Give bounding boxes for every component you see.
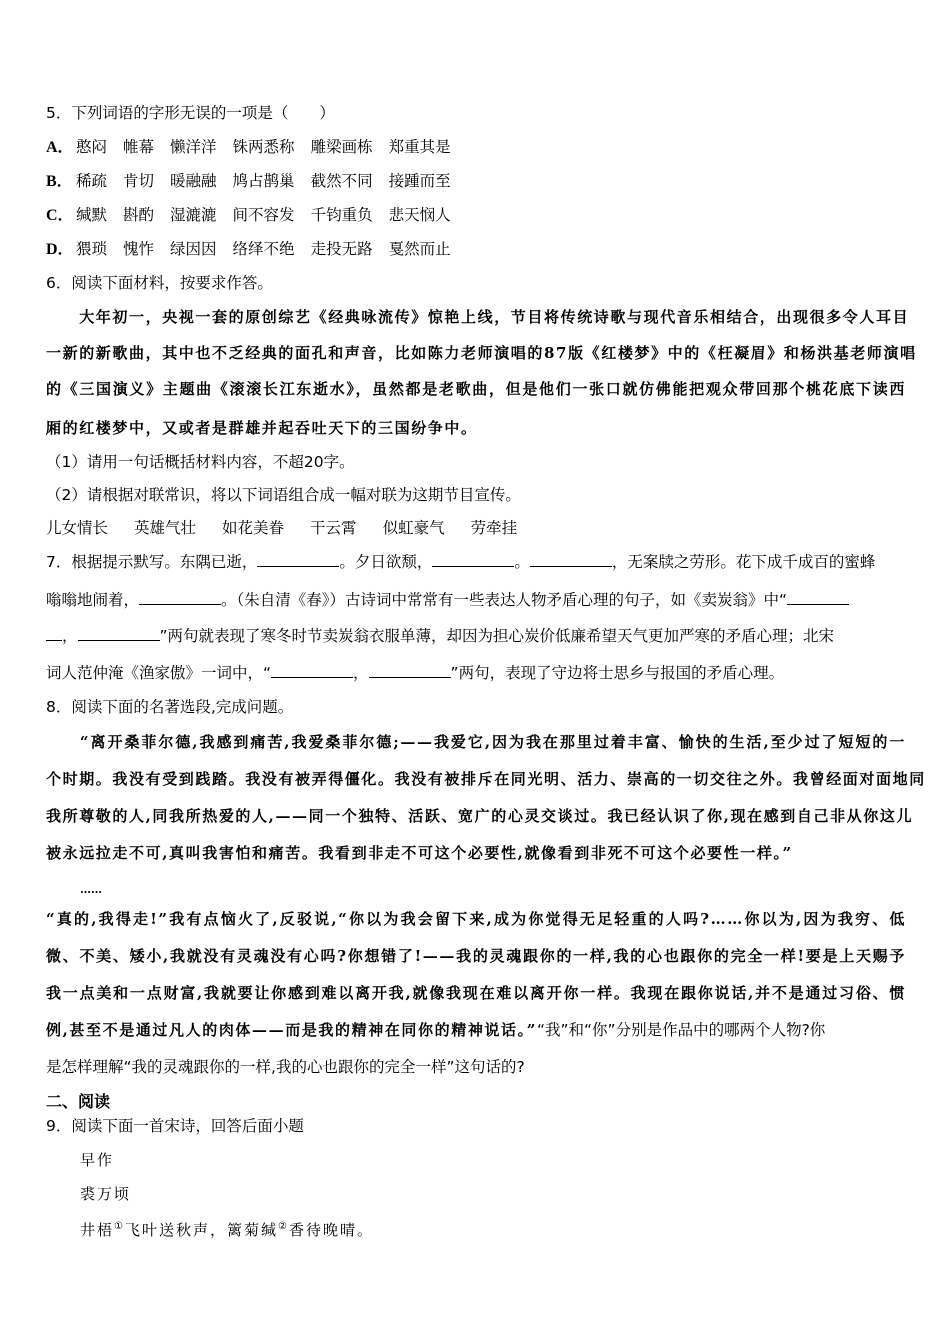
option-word: 愧怍	[123, 239, 154, 259]
q7-text: 。	[514, 553, 530, 571]
option-word: 截然不同	[311, 171, 373, 191]
q7-line: 7．根据提示默写。东隅已逝，。夕日欲颓，。，无案牍之劳形。花下成千成百的蜜蜂	[46, 552, 906, 572]
option-word: 雕梁画栋	[311, 137, 373, 157]
footnote-marker: ①	[114, 1221, 125, 1232]
couplet-word: 英雄气壮	[134, 518, 196, 538]
option-word: 斟酌	[123, 205, 154, 225]
option-letter: A．	[46, 138, 76, 158]
answer-blank[interactable]	[257, 552, 339, 567]
q7-text: ，	[62, 627, 78, 645]
option-word: 千钧重负	[311, 205, 373, 225]
q6-sub1: （1）请用一句话概括材料内容，不超20字。	[46, 452, 906, 472]
q8-stem: 8．阅读下面的名著选段,完成问题。	[46, 697, 906, 717]
q8-passage-line: 个时期。我没有受到践踏。我没有被弄得僵化。我没有被排斥在同光明、活力、崇高的一切…	[46, 769, 906, 789]
option-word: 绿因因	[170, 239, 217, 259]
answer-blank[interactable]	[432, 552, 514, 567]
answer-blank[interactable]	[271, 663, 353, 678]
option-word: 接踵而至	[389, 171, 451, 191]
poem-text: 飞叶送秋声，篱菊缄	[125, 1221, 278, 1239]
section-heading: 二、阅读	[46, 1092, 906, 1112]
q8-passage-line: 我一点美和一点财富,我就要让你感到难以离开我,就像我现在难以离开你一样。我现在跟…	[46, 983, 906, 1003]
option-word: 络绎不绝	[233, 239, 295, 259]
q8-passage-line: 微、不美、矮小,我就没有灵魂没有心吗?你想错了!——我的灵魂跟你的一样,我的心也…	[46, 946, 906, 966]
option-letter: D．	[46, 240, 76, 260]
answer-blank[interactable]	[78, 626, 160, 641]
option-word: 郑重其是	[389, 137, 451, 157]
option-word: 湿漉漉	[170, 205, 217, 225]
q6-stem: 6．阅读下面材料，按要求作答。	[46, 273, 906, 293]
option-word: 缄默	[76, 205, 107, 225]
q8-passage-line: 被永远拉走不可,真叫我害怕和痛苦。我看到非走不可这个必要性,就像看到非死不可这个…	[46, 843, 906, 863]
q7-text: 。（朱自清《春》）古诗词中常常有一些表达人物矛盾心理的句子，如《卖炭翁》中“	[221, 591, 787, 609]
q8-passage-line: “离开桑菲尔德,我感到痛苦,我爱桑菲尔德;——我爱它,因为我在那里过着丰富、愉快…	[46, 732, 906, 752]
q5-stem: 5．下列词语的字形无误的一项是（ ）	[46, 103, 906, 123]
poem-author: 裘万顷	[80, 1184, 940, 1204]
q7-line: 词人范仲淹《渔家傲》一词中，“，”两句，表现了守边将士思乡与报国的矛盾心理。	[46, 663, 906, 683]
couplet-word: 劳牵挂	[471, 518, 518, 538]
q6-passage-line: 大年初一，央视一套的原创综艺《经典咏流传》惊艳上线，节目将传统诗歌与现代音乐相结…	[46, 307, 906, 327]
q7-text: ，	[353, 664, 369, 682]
q7-text: ，无案牍之劳形。花下成千成百的蜜蜂	[612, 553, 876, 571]
q7-text: ”两句就表现了寒冬时节卖炭翁衣服单薄，却因为担心炭价低廉希望天气更加严寒的矛盾心…	[160, 627, 835, 645]
q7-text: 词人范仲淹《渔家傲》一词中，“	[46, 664, 271, 682]
q8-question: “我”和“你”分别是作品中的哪两个人物?你	[537, 1021, 825, 1039]
poem-text: 井梧	[80, 1221, 114, 1239]
option-letter: C．	[46, 206, 76, 226]
q7-text: 。夕日欲颓，	[339, 553, 432, 571]
option-word: 懒洋洋	[170, 137, 217, 157]
q5-option-a: A．憨闷帷幕懒洋洋铢两悉称雕梁画栋郑重其是	[46, 137, 906, 158]
option-word: 稀疏	[76, 171, 107, 191]
q6-passage-line: 一新的新歌曲，其中也不乏经典的面孔和声音，比如陈力老师演唱的87版《红楼梦》中的…	[46, 343, 906, 363]
document-page: 5．下列词语的字形无误的一项是（ ） A．憨闷帷幕懒洋洋铢两悉称雕梁画栋郑重其是…	[0, 0, 950, 1344]
q8-ellipsis: ……	[80, 880, 940, 900]
option-word: 铢两悉称	[233, 137, 295, 157]
option-letter: B．	[46, 172, 76, 192]
q7-line: ，”两句就表现了寒冬时节卖炭翁衣服单薄，却因为担心炭价低廉希望天气更加严寒的矛盾…	[46, 626, 906, 646]
couplet-word: 如花美眷	[222, 518, 284, 538]
option-word: 戛然而止	[389, 239, 451, 259]
couplet-word: 似虹豪气	[383, 518, 445, 538]
footnote-marker: ②	[278, 1221, 289, 1232]
q8-passage-line: 我所尊敬的人,同我所热爱的人,——同一个独特、活跃、宽广的心灵交谈过。我已经认识…	[46, 806, 906, 826]
answer-blank[interactable]	[787, 590, 849, 605]
q7-text: 嗡嗡地闹着，	[46, 591, 139, 609]
q5-option-c: C．缄默斟酌湿漉漉间不容发千钧重负悲天悯人	[46, 205, 906, 226]
q5-option-d: D．猥琐愧怍绿因因络绎不绝走投无路戛然而止	[46, 239, 906, 260]
answer-blank[interactable]	[139, 590, 221, 605]
answer-blank[interactable]	[369, 663, 451, 678]
poem-text: 香待晚晴。	[289, 1221, 374, 1239]
q6-sub2: （2）请根据对联常识，将以下词语组合成一幅对联为这期节目宣传。	[46, 485, 906, 505]
option-word: 悲天悯人	[389, 205, 451, 225]
q7-text: 7．根据提示默写。东隅已逝，	[46, 553, 257, 571]
q7-line: 嗡嗡地闹着，。（朱自清《春》）古诗词中常常有一些表达人物矛盾心理的句子，如《卖炭…	[46, 590, 906, 610]
q8-passage-end: 例,甚至不是通过凡人的肉体——而是我的精神在同你的精神说话。”	[46, 1021, 537, 1039]
q5-option-b: B．稀疏肯切暖融融鸠占鹊巢截然不同接踵而至	[46, 171, 906, 192]
couplet-word: 儿女情长	[46, 518, 108, 538]
option-word: 猥琐	[76, 239, 107, 259]
answer-blank[interactable]	[530, 552, 612, 567]
option-word: 憨闷	[76, 137, 107, 157]
q9-stem: 9．阅读下面一首宋诗，回答后面小题	[46, 1116, 906, 1136]
q6-word-list: 儿女情长英雄气壮如花美眷干云霄似虹豪气劳牵挂	[46, 518, 906, 538]
q8-passage-line: “真的,我得走!”我有点恼火了,反驳说,“你以为我会留下来,成为你觉得无足轻重的…	[46, 909, 906, 929]
q6-passage-line: 的《三国演义》主题曲《滚滚长江东逝水》，虽然都是老歌曲，但是他们一张口就仿佛能把…	[46, 379, 906, 399]
q7-text: ”两句，表现了守边将士思乡与报国的矛盾心理。	[451, 664, 785, 682]
option-word: 间不容发	[233, 205, 295, 225]
poem-title: 早作	[80, 1150, 940, 1170]
q8-question-line: 是怎样理解“我的灵魂跟你的一样,我的心也跟你的完全一样”这句话的?	[46, 1057, 906, 1077]
option-word: 肯切	[123, 171, 154, 191]
option-word: 鸠占鹊巢	[233, 171, 295, 191]
option-word: 走投无路	[311, 239, 373, 259]
answer-blank[interactable]	[46, 626, 62, 641]
q8-passage-line: 例,甚至不是通过凡人的肉体——而是我的精神在同你的精神说话。”“我”和“你”分别…	[46, 1020, 906, 1040]
option-word: 暖融融	[170, 171, 217, 191]
poem-line: 井梧①飞叶送秋声，篱菊缄②香待晚晴。	[80, 1217, 940, 1240]
option-word: 帷幕	[123, 137, 154, 157]
q6-passage-line: 厢的红楼梦中，又或者是群雄并起吞吐天下的三国纷争中。	[46, 418, 906, 438]
couplet-word: 干云霄	[310, 518, 357, 538]
